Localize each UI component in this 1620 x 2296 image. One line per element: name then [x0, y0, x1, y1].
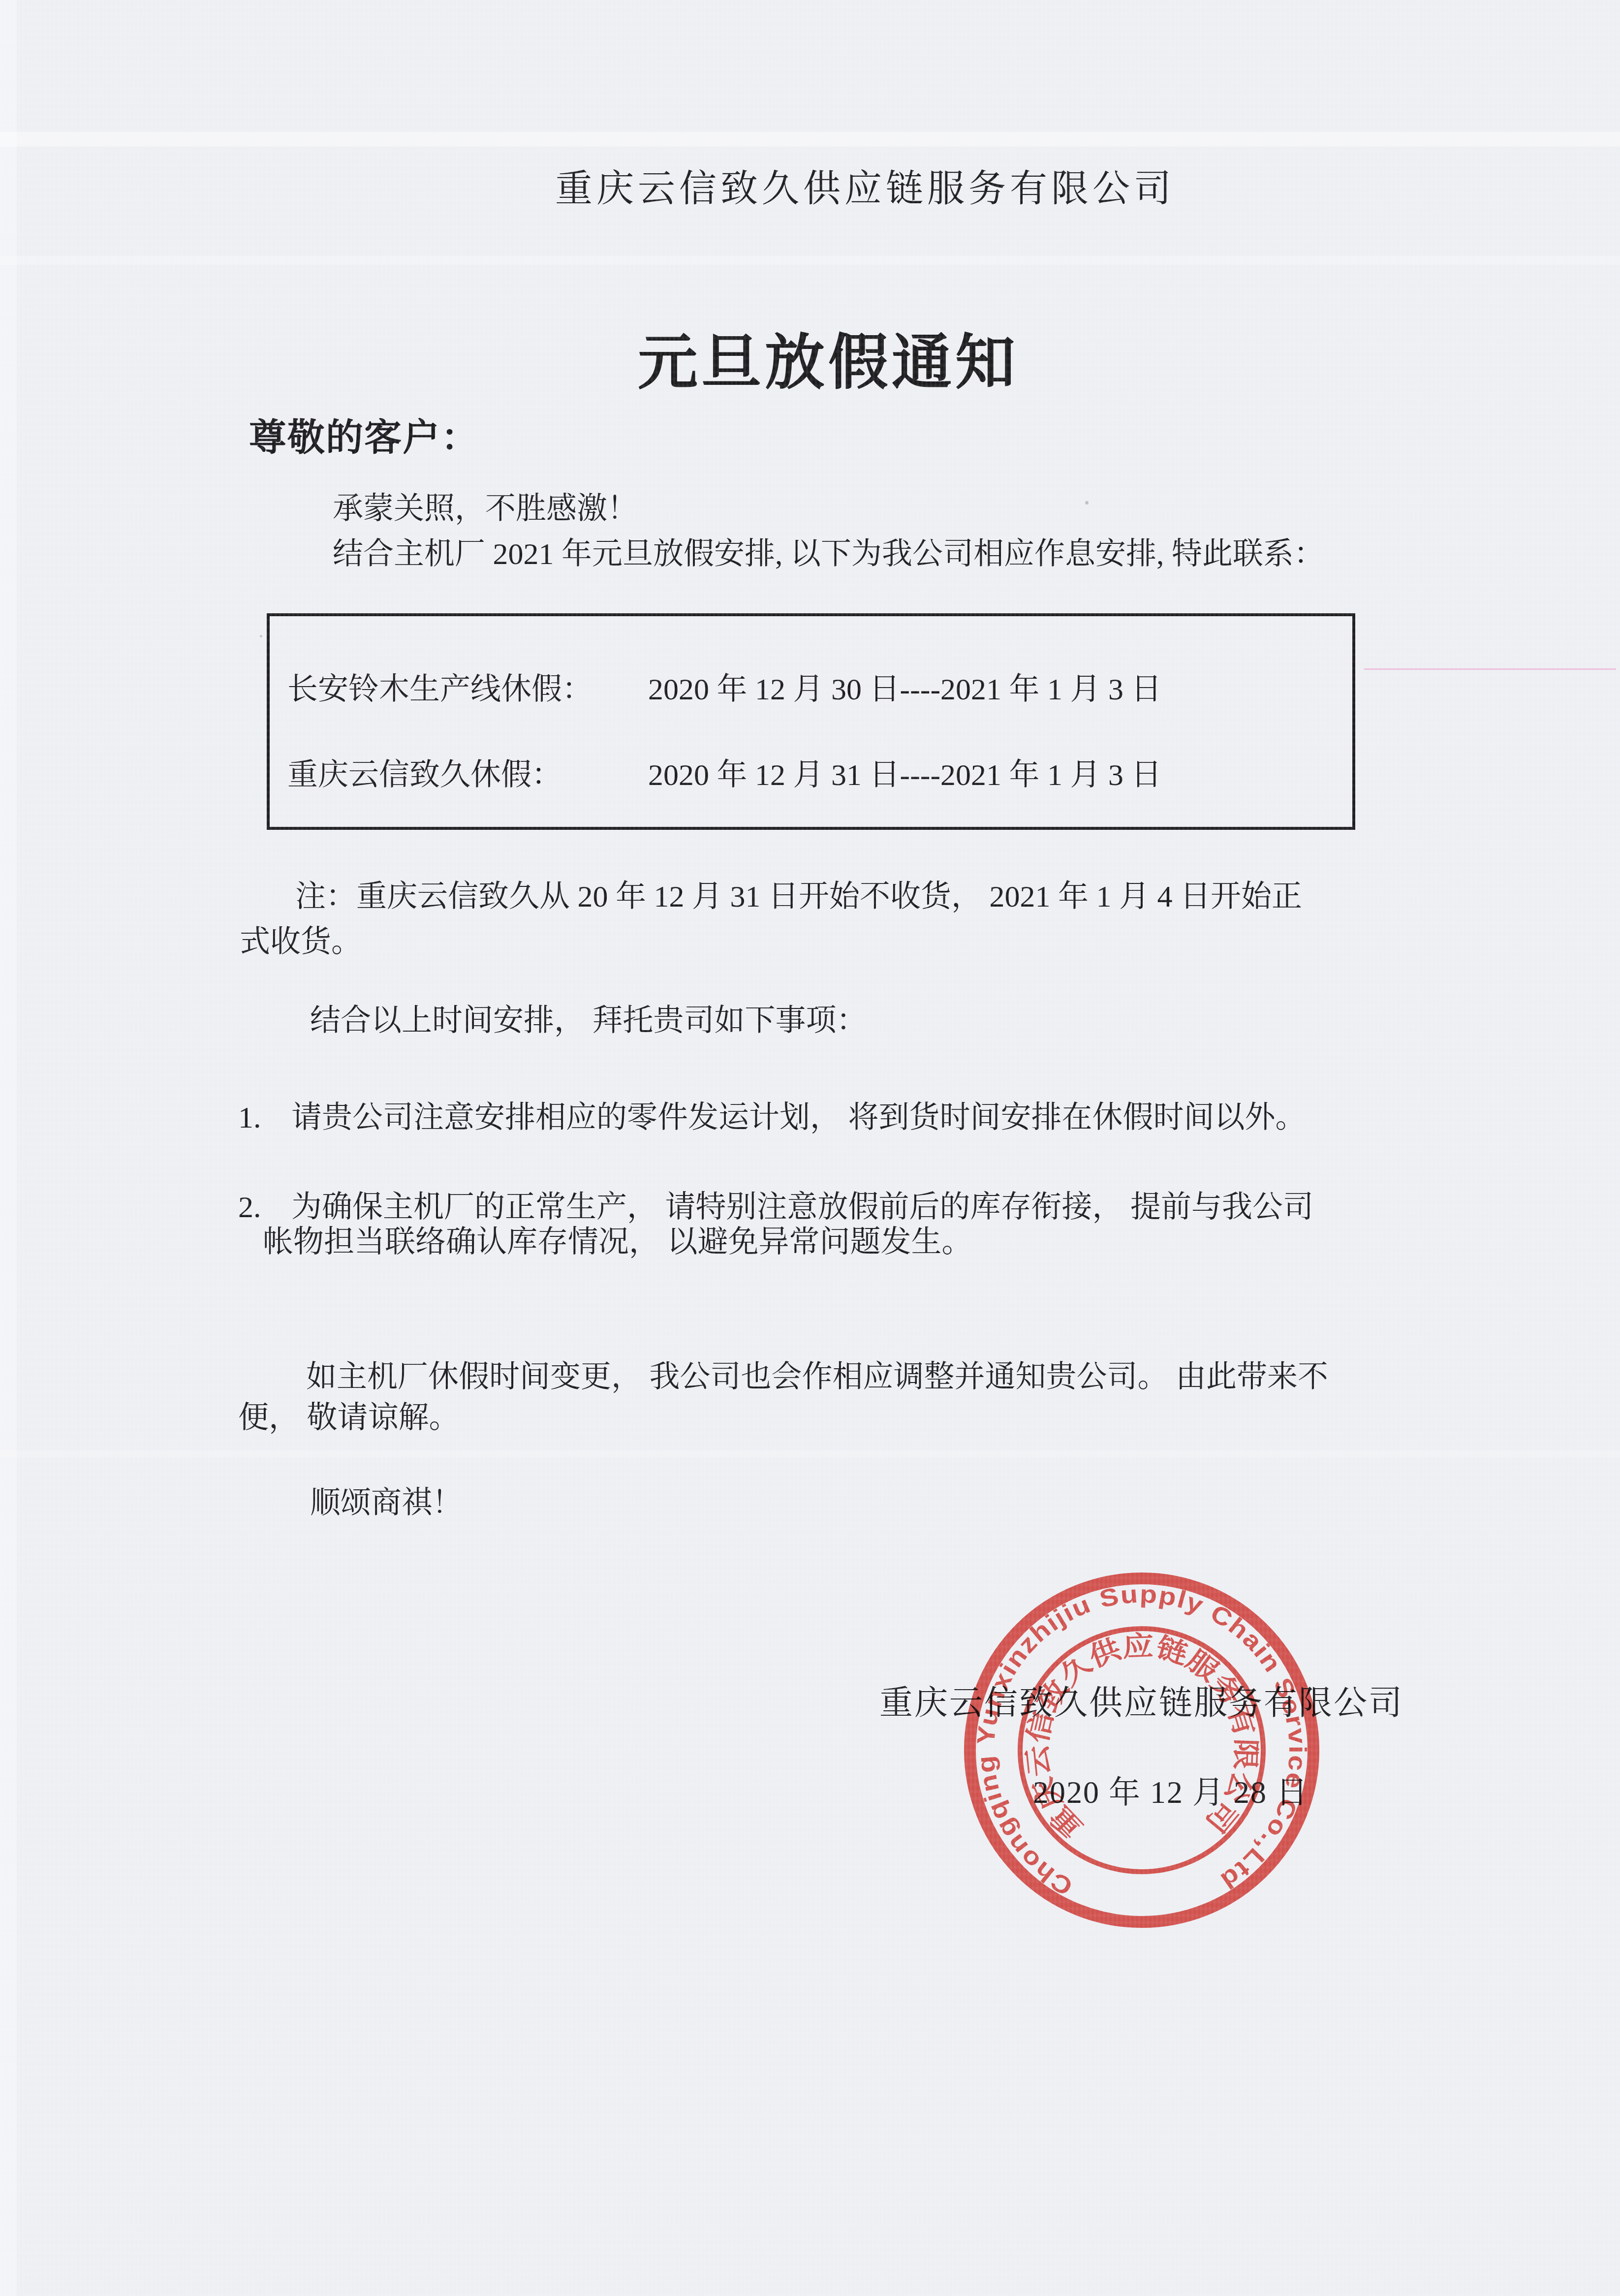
- scan-artifact-band: [0, 256, 1620, 265]
- request-intro-line: 结合以上时间安排， 拜托贵司如下事项：: [310, 1002, 867, 1040]
- list-number: 2.: [238, 1190, 291, 1225]
- schedule-dates: 2020 年 12 月 30 日----2021 年 1 月 3 日: [648, 664, 1162, 708]
- note-line-2: 式收货。: [240, 923, 362, 962]
- scan-artifact-pink-line: [1364, 668, 1616, 670]
- schedule-row-yunxin: 重庆云信致久休假： 2020 年 12 月 31 日----2021 年 1 月…: [287, 750, 562, 794]
- closing-regards: 顺颂商祺！: [310, 1484, 463, 1523]
- scan-artifact-speck: [1085, 501, 1089, 504]
- greeting-line: 承蒙关照，不胜感激！: [333, 490, 638, 529]
- list-item-2: 2.为确保主机厂的正常生产， 请特别注意放假前后的库存衔接， 提前与我公司: [238, 1182, 1313, 1226]
- schedule-row-suzuki: 长安铃木生产线休假： 2020 年 12 月 30 日----2021 年 1 …: [287, 664, 592, 708]
- scan-artifact-edge: [0, 0, 17, 2296]
- list-text: 为确保主机厂的正常生产， 请特别注意放假前后的库存衔接， 提前与我公司: [291, 1191, 1313, 1224]
- schedule-label: 长安铃木生产线休假：: [287, 673, 592, 706]
- scanned-notice-page: 重庆云信致久供应链服务有限公司 元旦放假通知 尊敬的客户： 承蒙关照，不胜感激！…: [0, 0, 1620, 2296]
- list-item-2-continuation: 帐物担当联络确认库存情况， 以避免异常问题发生。: [263, 1224, 972, 1262]
- seal-inner-ring: [1020, 1629, 1263, 1872]
- salutation: 尊敬的客户：: [249, 414, 479, 461]
- company-seal: Chongqing Yunxinzhijiu Supply Chain Serv…: [961, 1569, 1323, 1931]
- list-item-1: 1.请贵公司注意安排相应的零件发运计划， 将到货时间安排在休假时间以外。: [238, 1093, 1306, 1136]
- header-company-name: 重庆云信致久供应链服务有限公司: [555, 165, 1175, 212]
- list-number: 1.: [238, 1101, 291, 1135]
- scan-artifact-band: [0, 1450, 1620, 1458]
- change-notice-line-1: 如主机厂休假时间变更， 我公司也会作相应调整并通知贵公司。 由此带来不: [306, 1358, 1328, 1397]
- change-notice-line-2: 便， 敬请谅解。: [238, 1399, 460, 1438]
- scan-artifact-speck: [260, 635, 262, 637]
- schedule-dates: 2020 年 12 月 31 日----2021 年 1 月 3 日: [648, 750, 1162, 794]
- list-text: 请贵公司注意安排相应的零件发运计划， 将到货时间安排在休假时间以外。: [291, 1101, 1306, 1134]
- scan-artifact-band: [0, 132, 1620, 147]
- intro-line: 结合主机厂 2021 年元旦放假安排, 以下为我公司相应作息安排, 特此联系：: [333, 535, 1324, 574]
- schedule-label: 重庆云信致久休假：: [287, 758, 562, 792]
- note-line-1: 注：重庆云信致久从 20 年 12 月 31 日开始不收货， 2021 年 1 …: [295, 878, 1302, 916]
- schedule-box: 长安铃木生产线休假： 2020 年 12 月 30 日----2021 年 1 …: [267, 613, 1355, 830]
- document-title: 元旦放假通知: [638, 325, 1019, 400]
